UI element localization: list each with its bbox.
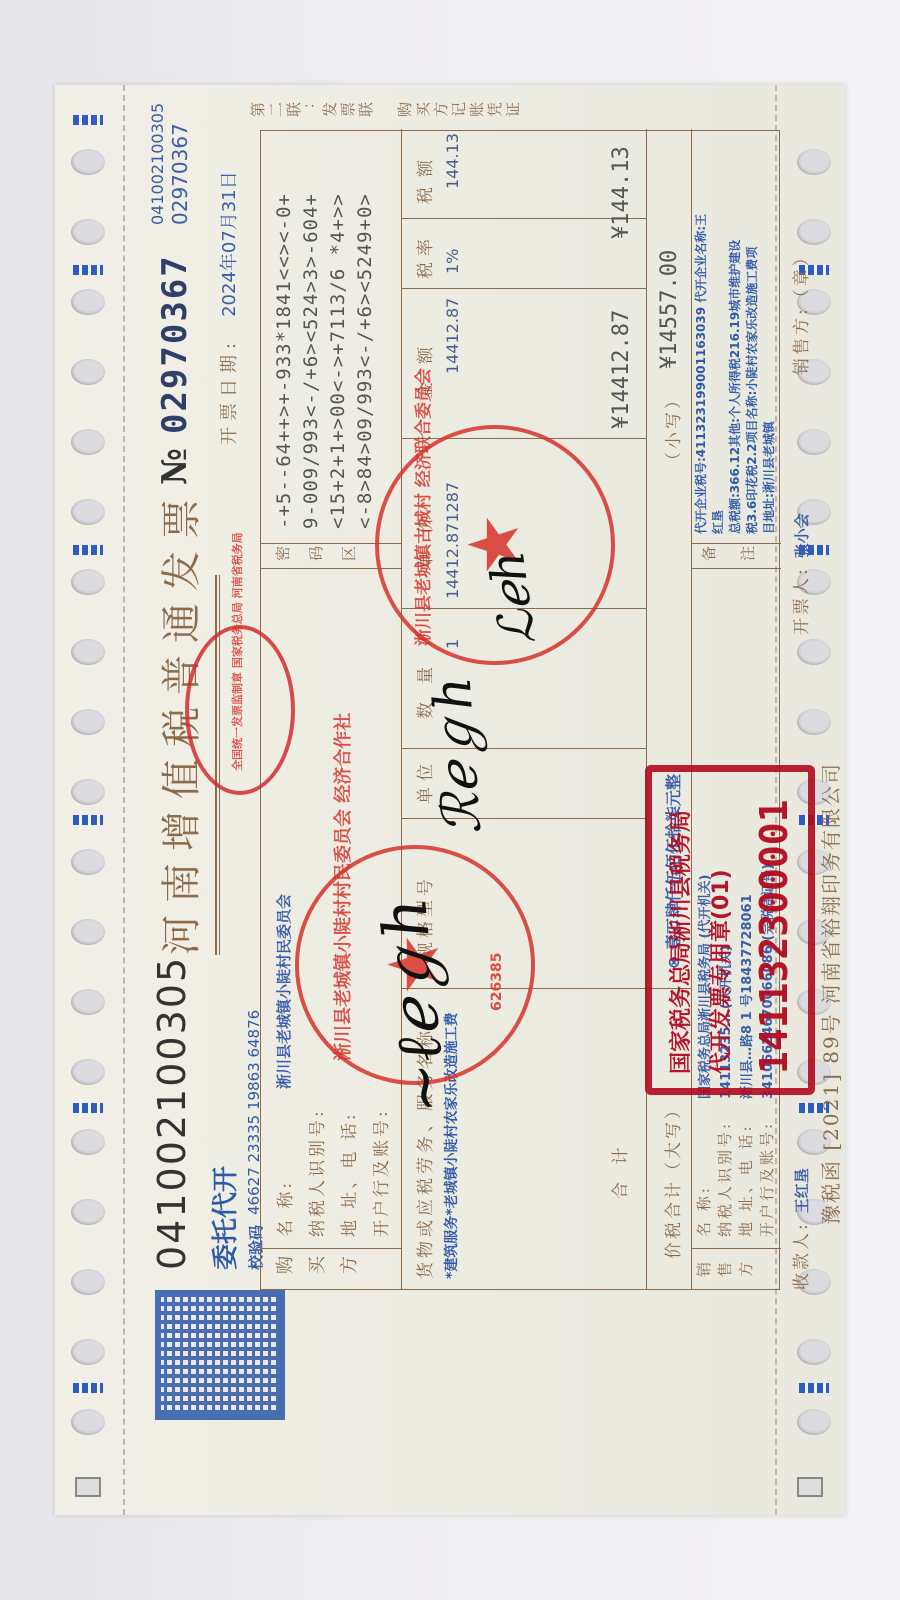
item-rate: 1%	[443, 249, 462, 274]
invoice-code-small: 041002100305	[147, 103, 169, 225]
seller-address-label: 地 址、电 话:	[735, 1123, 756, 1237]
grand-total-lower-label: （小写）	[659, 389, 684, 469]
remarks-text: 代开企业税号:411323199001163039 代开企业名称:王 红垦 总税…	[693, 214, 778, 534]
number-symbol: №	[155, 448, 195, 485]
total-amount: ¥14412.87	[609, 310, 634, 429]
cipher-line: 9-009/993<-/+6><524>3>-604+	[298, 193, 325, 529]
item-tax: 144.13	[443, 133, 462, 189]
payee-label: 收款人:	[787, 1221, 812, 1290]
buyer-name-label: 名 称:	[271, 1180, 296, 1237]
grand-total-label: 价税合计（大写）	[659, 1099, 684, 1259]
registration-square	[797, 1477, 823, 1497]
invoice-number-small: 02970367	[169, 103, 191, 225]
tax-office-invoice-seal: 国家税务总局淅川县税务局 代开发票专用章(01) 141132300001	[645, 765, 815, 1095]
cipher-line: -+5--64++>+-933*1841<<><-0+	[271, 193, 298, 529]
qr-code	[155, 1290, 285, 1420]
grand-total-lower: ¥14557.00	[657, 250, 682, 369]
cipher-area-label: 密码区	[275, 543, 374, 564]
buyer-tax-id-label: 纳税人识别号:	[303, 1108, 328, 1237]
printer-info: 豫税函 [2021] 89号 河南省裕翔印务有限公司	[815, 762, 844, 1225]
invoice-form-frame: 购买方 名 称: 淅川县老城镇小陡村民委员会 纳税人识别号: 地 址、电 话: …	[260, 130, 780, 1290]
seller-bank-label: 开户行及账号:	[756, 1121, 777, 1237]
registration-square	[75, 1477, 101, 1497]
total-tax: ¥144.13	[609, 146, 634, 239]
date-label: 开票日期:	[215, 337, 241, 445]
buyer-bank-label: 开户行及账号:	[367, 1108, 392, 1237]
entrust-label: 委托代开	[205, 1166, 242, 1270]
right-codes: 041002100305 02970367	[147, 103, 191, 225]
invoice-supervision-seal: 全国统一发票监制章 国家税务总局 河南省税务局	[185, 625, 295, 795]
seller-seal-label: 销售方:（章）	[787, 246, 812, 375]
payee-value: 王红垦	[791, 1168, 812, 1213]
seller-tax-id-label: 纳税人识别号:	[714, 1121, 735, 1237]
perforated-strip-top	[55, 85, 125, 1515]
invoice-code-large: 041002100305	[150, 956, 194, 1270]
remarks-label: 备注	[701, 543, 779, 564]
buyer-name-value: 淅川县老城镇小陡村民委员会	[273, 894, 294, 1089]
handwritten-signature: ℛℯℊℎ	[410, 675, 496, 838]
issuer-label: 开票人:	[787, 566, 812, 635]
buyer-address-label: 地 址、电 话:	[335, 1111, 360, 1237]
cipher-line: <-8>84>09/993<-/+6><5249+0>	[352, 193, 379, 529]
issuer-value: 张小会	[791, 513, 812, 558]
cipher-line: <15+2+1+>00<->+7113/6 *4+>>	[325, 193, 352, 529]
cipher-area: -+5--64++>+-933*1841<<><-0+ 9-009/993<-/…	[271, 193, 379, 529]
item-amount: 14412.87	[443, 298, 462, 374]
invoice-number: 02970367	[155, 254, 195, 434]
invoice-paper: 041002100305 委托代开 校验码 46627 23335 19863 …	[55, 85, 845, 1515]
copy-label: 第二联：发票联 购买方记账凭证	[250, 99, 523, 120]
date-value: 2024年07月31日	[215, 171, 241, 317]
seller-name-label: 名 称:	[693, 1185, 714, 1237]
total-label: 合 计	[606, 1142, 631, 1199]
buyer-section-label: 购买方	[275, 1254, 371, 1280]
seller-section-label: 销售方	[696, 1259, 759, 1280]
col-header-tax: 税额	[411, 150, 436, 204]
col-header-rate: 税率	[411, 233, 436, 279]
